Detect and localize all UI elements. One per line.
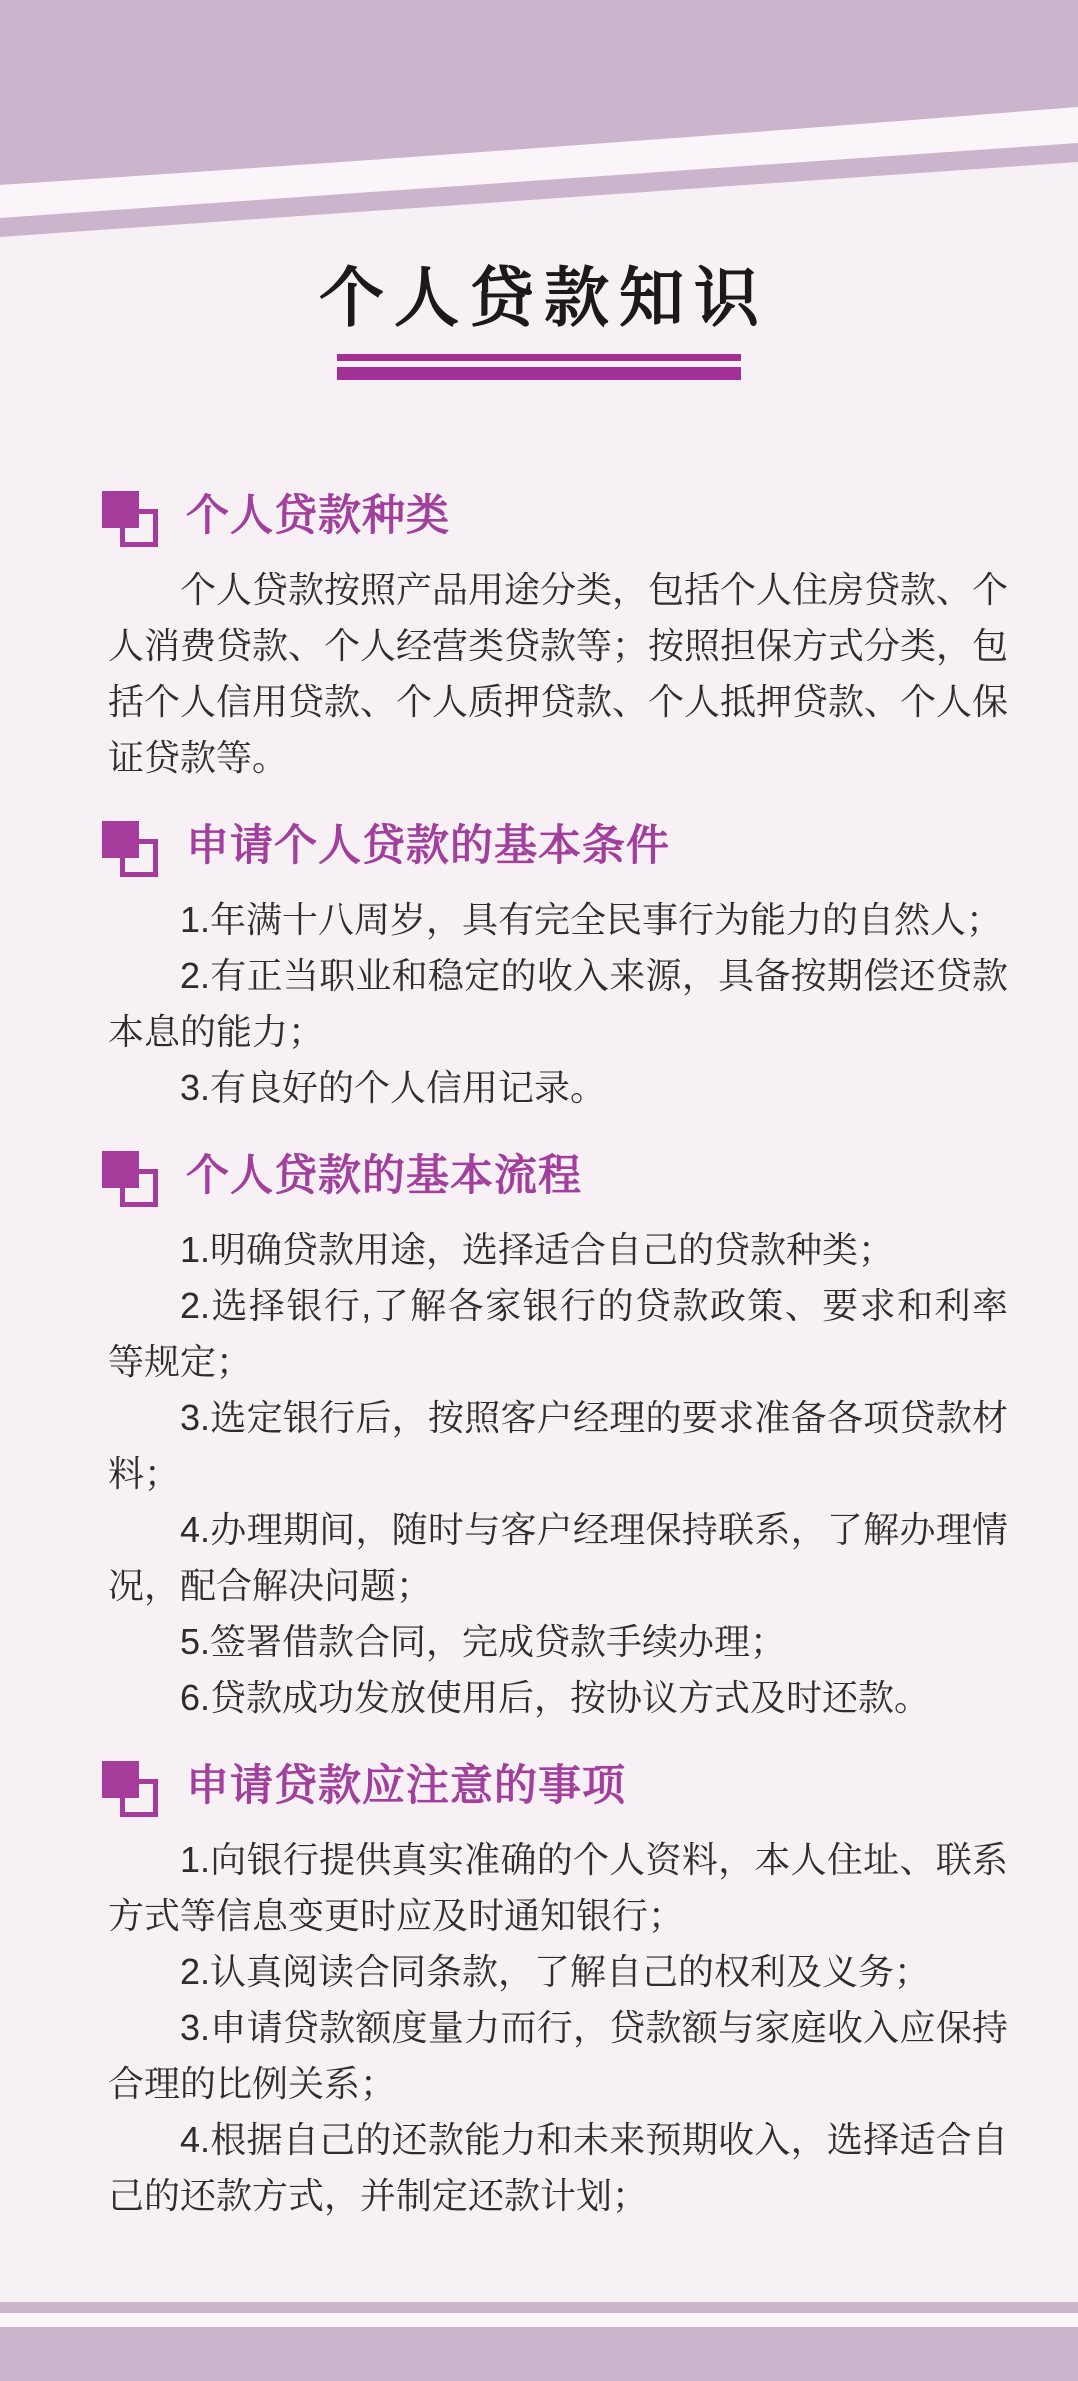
section-basic-process: 个人贷款的基本流程 1.明确贷款用途，选择适合自己的贷款种类； 2.选择银行,了… — [108, 1150, 1008, 1726]
paragraph: 4.办理期间，随时与客户经理保持联系，了解办理情况，配合解决问题； — [108, 1502, 1008, 1614]
square-filled — [102, 821, 139, 858]
section-header: 申请贷款应注意的事项 — [102, 1760, 1008, 1816]
paragraph: 2.有正当职业和稳定的收入来源，具备按期偿还贷款本息的能力； — [108, 948, 1008, 1060]
paragraph: 个人贷款按照产品用途分类，包括个人住房贷款、个人消费贷款、个人经营类贷款等；按照… — [108, 562, 1008, 786]
footer-band-gap — [0, 2313, 1078, 2327]
paragraph: 2.认真阅读合同条款，了解自己的权利及义务； — [108, 1944, 1008, 2000]
section-basic-conditions: 申请个人贷款的基本条件 1.年满十八周岁，具有完全民事行为能力的自然人； 2.有… — [108, 820, 1008, 1116]
section-header: 申请个人贷款的基本条件 — [102, 820, 1008, 876]
paragraph: 3.申请贷款额度量力而行，贷款额与家庭收入应保持合理的比例关系； — [108, 2000, 1008, 2112]
paragraph: 1.向银行提供真实准确的个人资料，本人住址、联系方式等信息变更时应及时通知银行； — [108, 1832, 1008, 1944]
section-loan-types: 个人贷款种类 个人贷款按照产品用途分类，包括个人住房贷款、个人消费贷款、个人经营… — [108, 490, 1008, 786]
section-heading: 个人贷款种类 — [186, 490, 450, 542]
paragraph: 6.贷款成功发放使用后，按协议方式及时还款。 — [108, 1670, 1008, 1726]
header-wave-graphic — [0, 0, 1078, 260]
paragraph: 3.有良好的个人信用记录。 — [108, 1060, 1008, 1116]
section-heading: 申请个人贷款的基本条件 — [186, 820, 670, 872]
overlapping-squares-icon — [102, 1150, 160, 1208]
square-filled — [102, 1151, 139, 1188]
overlapping-squares-icon — [102, 490, 160, 548]
section-header: 个人贷款种类 — [102, 490, 1008, 546]
content-area: 个人贷款种类 个人贷款按照产品用途分类，包括个人住房贷款、个人消费贷款、个人经营… — [0, 490, 1078, 2258]
title-underline-thick — [337, 367, 741, 380]
section-header: 个人贷款的基本流程 — [102, 1150, 1008, 1206]
paragraph: 5.签署借款合同，完成贷款手续办理； — [108, 1614, 1008, 1670]
page-header: 个人贷款知识 — [0, 0, 1078, 490]
paragraph: 3.选定银行后，按照客户经理的要求准备各项贷款材料； — [108, 1390, 1008, 1502]
overlapping-squares-icon — [102, 1760, 160, 1818]
paragraph: 4.根据自己的还款能力和未来预期收入，选择适合自己的还款方式，并制定还款计划； — [108, 2112, 1008, 2224]
footer-band-thin — [0, 2302, 1078, 2313]
square-filled — [102, 1761, 139, 1798]
paragraph: 1.明确贷款用途，选择适合自己的贷款种类； — [108, 1222, 1008, 1278]
paragraph: 1.年满十八周岁，具有完全民事行为能力的自然人； — [108, 892, 1008, 948]
section-heading: 申请贷款应注意的事项 — [186, 1760, 626, 1812]
footer-band-thick — [0, 2327, 1078, 2381]
square-filled — [102, 491, 139, 528]
poster-page: 个人贷款知识 个人贷款种类 个人贷款按照产品用途分类，包括个人住房贷款、个人消费… — [0, 0, 1078, 2381]
page-title: 个人贷款知识 — [0, 266, 1078, 331]
paragraph: 2.选择银行,了解各家银行的贷款政策、要求和利率等规定； — [108, 1278, 1008, 1390]
overlapping-squares-icon — [102, 820, 160, 878]
section-heading: 个人贷款的基本流程 — [186, 1150, 582, 1202]
section-application-notes: 申请贷款应注意的事项 1.向银行提供真实准确的个人资料，本人住址、联系方式等信息… — [108, 1760, 1008, 2224]
title-underline-thin — [337, 354, 741, 361]
